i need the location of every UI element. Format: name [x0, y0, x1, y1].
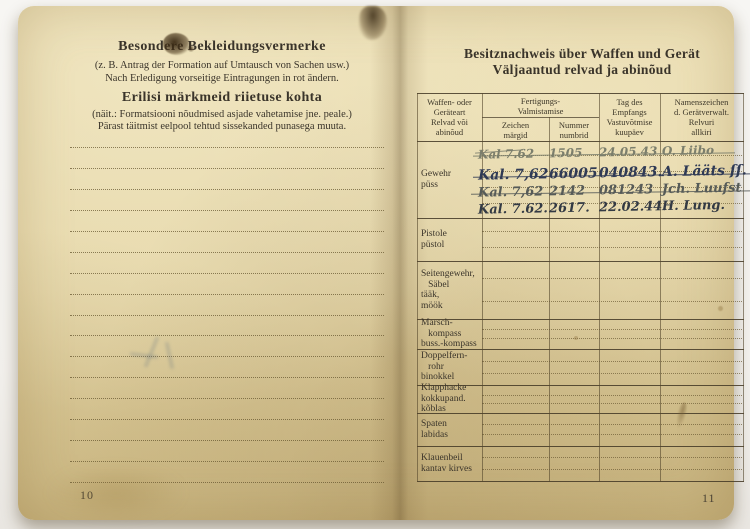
ruled-line: [70, 231, 384, 232]
header-namenszeichen: Namenszeichen d. Gerätverwalt. Relvuri a…: [660, 97, 743, 137]
header-empfang-tag: Tag des Empfangs Vastuvõtmise kuupäev: [599, 97, 660, 137]
ruled-line: [70, 335, 384, 336]
ruled-line: [70, 461, 384, 462]
ruled-lines-area: [70, 147, 384, 483]
dotted-write-line: [482, 278, 742, 279]
dotted-write-line: [482, 301, 742, 302]
ruled-line: [70, 252, 384, 253]
ruled-line: [70, 377, 384, 378]
open-booklet: Besondere Bekleidungsvermerke (z. B. Ant…: [18, 6, 734, 520]
ruled-line: [70, 168, 384, 169]
table-row-seitengewehr: Seitengewehr, Säbel tääk, möök: [417, 261, 744, 319]
left-title-estonian: Erilisi märkmeid riietuse kohta: [48, 90, 396, 106]
ruled-line: [70, 398, 384, 399]
dotted-write-line: [482, 361, 742, 362]
table-row-marschkompass: Marsch- kompass buss.-kompass: [417, 319, 744, 349]
dotted-write-line: [482, 424, 742, 425]
binding-gutter-shadow: [370, 6, 428, 520]
table-row-pistole: Pistole püstol: [417, 218, 744, 261]
dotted-write-line: [482, 338, 742, 339]
ink-stain: [163, 33, 190, 55]
ruled-line: [70, 440, 384, 441]
ruled-line: [70, 147, 384, 148]
ruled-line: [70, 419, 384, 420]
entry-signature: H. Lung.: [662, 198, 725, 214]
dotted-write-line: [482, 373, 742, 374]
dotted-write-line: [482, 434, 742, 435]
entry-number: 66005: [549, 165, 598, 182]
table-row-spaten: Spaten labidas: [417, 413, 744, 446]
entry-signature: A. Lääts ſſ.: [662, 163, 747, 181]
dotted-write-line: [482, 395, 742, 396]
ruled-line: [70, 294, 384, 295]
dotted-write-line: [482, 247, 742, 248]
header-fertigung: Fertigungs- Valmistamise: [482, 96, 599, 116]
entry-number: 1505: [549, 146, 583, 161]
entry-number: 2617.: [549, 201, 590, 217]
table-border-top: [417, 93, 744, 94]
table-row-klauenbeil: Klauenbeil kantav kirves: [417, 446, 744, 481]
header-nummer: Nummer numbrid: [549, 120, 599, 140]
entry-date: 081243: [599, 182, 654, 198]
ruled-line: [70, 273, 384, 274]
entry-date: 040843.: [599, 164, 663, 181]
right-title-estonian: Väljaantud relvad ja abinõud: [416, 62, 748, 78]
entry-signature: O. Liibo: [662, 143, 714, 158]
dotted-write-line: [482, 469, 742, 470]
header-subdivider: [482, 117, 599, 118]
entry-date: 22.02.44.: [599, 199, 667, 215]
left-note-estonian-2: Pärast täitmist eelpool tehtud sissekand…: [42, 121, 402, 132]
table-row-klapphacke: Klapphacke kokkupand. kõblas: [417, 385, 744, 413]
left-note-german-1: (z. B. Antrag der Formation auf Umtausch…: [42, 60, 402, 71]
ruled-line: [70, 210, 384, 211]
dotted-write-line: [482, 457, 742, 458]
paper-stain: [574, 336, 578, 340]
right-title-german: Besitznachweis über Waffen und Gerät: [416, 46, 748, 62]
left-title-german: Besondere Bekleidungsvermerke: [48, 39, 396, 55]
right-page-number: 11: [702, 491, 716, 506]
ink-stain: [187, 45, 195, 52]
left-note-german-2: Nach Erledigung vorseitige Eintragungen …: [42, 73, 402, 84]
table-border-bottom: [417, 481, 744, 482]
paper-stain: [718, 306, 723, 311]
dotted-write-line: [482, 403, 742, 404]
weapons-table: Waffen- oder Geräteart Relvad või abinõu…: [417, 93, 744, 482]
entry-signature: Jch. Luufst: [662, 181, 742, 198]
entry-date: 24.05.43: [599, 144, 658, 159]
ruled-line: [70, 315, 384, 316]
ruled-line: [70, 189, 384, 190]
dotted-write-line: [482, 231, 742, 232]
header-zeichen: Zeichen märgid: [482, 120, 549, 140]
dotted-write-line: [482, 329, 742, 330]
entry-caliber: Kal. 7.62.: [478, 201, 548, 217]
ruled-line: [70, 356, 384, 357]
scanned-booklet-photo: Besondere Bekleidungsvermerke (z. B. Ant…: [0, 0, 750, 529]
left-note-estonian-1: (näit.: Formatsiooni nõudmised asjade va…: [42, 109, 402, 120]
paper-discoloration: [46, 464, 186, 522]
table-row-doppelfernrohr: Doppelfern- rohr binokkel: [417, 349, 744, 385]
